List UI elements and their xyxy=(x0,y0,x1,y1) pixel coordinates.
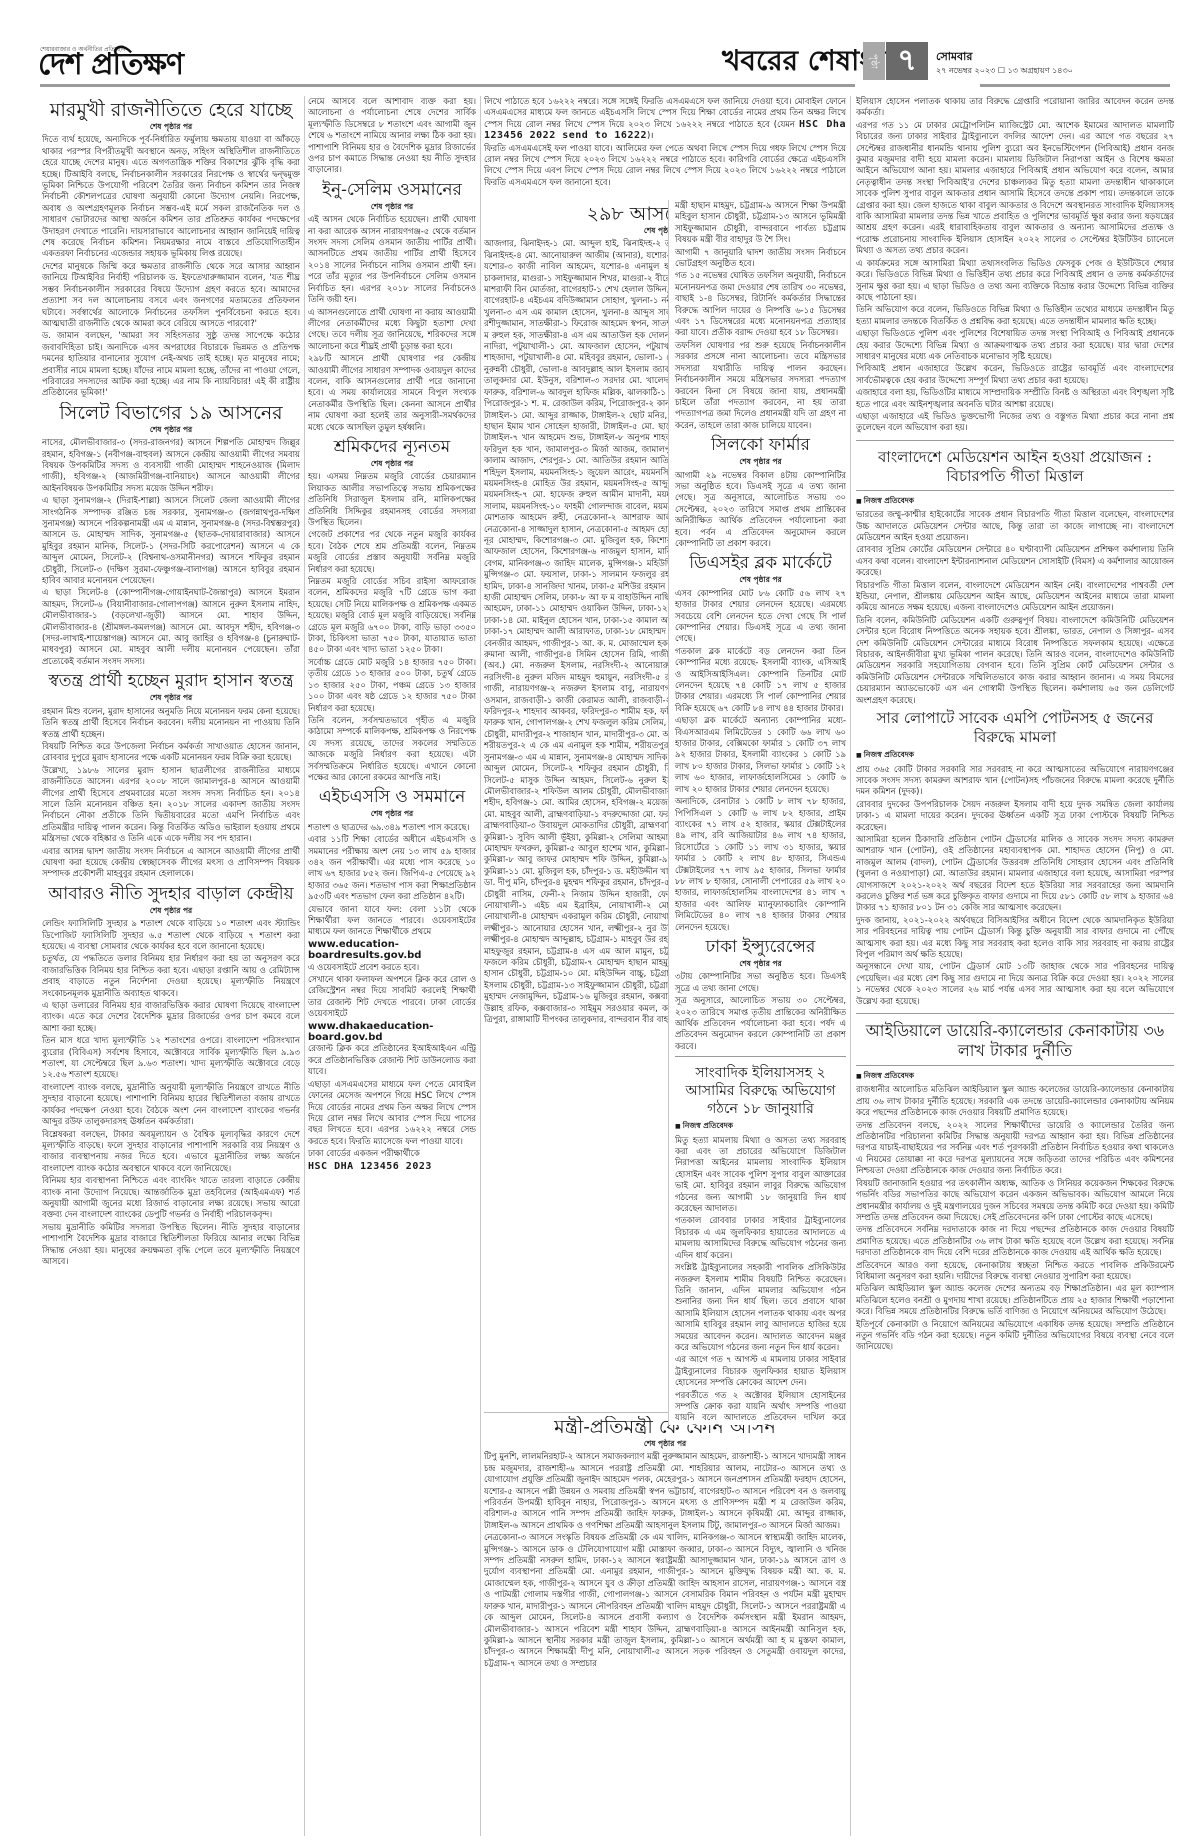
page-label: পৃষ্ঠা xyxy=(863,42,885,80)
paragraph: বিষয়টি নিশ্চিত করে উপজেলা নির্বাচন কর্ম… xyxy=(42,741,300,764)
paragraph: বিশ্লেষকরা বলছেন, টাকার অবমূল্যায়ন ও বৈ… xyxy=(42,1129,300,1175)
dhaka-education-board-link[interactable]: www.dhakaeducation-board.gov.bd xyxy=(308,1021,476,1044)
paragraph: পরবর্তীতে গত ২ অক্টোবর ইলিয়াস হোসাইনের … xyxy=(675,1390,846,1425)
paragraph: দিতে ব্যর্থ হয়েছে, অন্যদিকে পূর্ব-নির্ধ… xyxy=(42,134,300,259)
continued-label: শেষ পৃষ্ঠার পর xyxy=(42,424,300,435)
column-1: মারমুখী রাজনীতিতে হেরে যাচ্ছে শেষ পৃষ্ঠা… xyxy=(42,96,300,1836)
column-4: মন্ত্রী হাছান মাহমুদ, চট্টগ্রাম-৯ আসনে শ… xyxy=(668,200,846,1425)
continued-label: শেষ পৃষ্ঠার পর xyxy=(42,905,300,916)
continued-label: শেষ পৃষ্ঠার পর xyxy=(675,574,846,585)
continued-label: শেষ পৃষ্ঠার পর xyxy=(42,121,300,132)
headline[interactable]: বাংলাদেশে মেডিয়েশন আইন হওয়া প্রয়োজন :… xyxy=(856,448,1174,486)
byline: নিজস্ব প্রতিবেদক xyxy=(856,749,1174,761)
headline[interactable]: সাংবাদিক ইলিয়াসসহ ২ আসামির বিরুদ্ধে অভি… xyxy=(675,1064,846,1118)
paragraph: নাসের, মৌলভীবাজার-৩ (সদর-রাজনগর) আসনে শি… xyxy=(42,437,300,494)
article-fertilizer-case: সার লোপাটে সাবেক এমপি পোটনসহ ৫ জনের বিরু… xyxy=(856,709,1174,1007)
paragraph: দেশের মানুষকে জিম্মি করে ক্ষমতার রাজনীতি… xyxy=(42,261,300,329)
sms-example-code: HSC DHA 123456 2023 xyxy=(308,1161,476,1172)
byline: নিজস্ব প্রতিবেদক xyxy=(856,495,1174,507)
paragraph: রহমান মিশু বলেন, মুরাদ হাসানের অনুমতি নি… xyxy=(42,706,300,740)
article-pbi-case: ইলিয়াস হোসেন পলাতক থাকায় তার বিরুদ্ধে … xyxy=(856,96,1174,434)
headline[interactable]: সিলকো ফার্মার xyxy=(675,434,846,456)
paragraph: আগামী ৭ জানুয়ারি দ্বাদশ জাতীয় সংসদ নির… xyxy=(675,247,846,270)
paragraph: তদন্ত প্রতিবেদনে সর্বনিম্ন দরদাতাকে কাজ … xyxy=(856,1224,1174,1258)
paragraph: তিন মাস ধরে খাদ্য মূল্যস্ফীতি ১২ শতাংশের… xyxy=(42,1035,300,1081)
hsc-sms-block: লিখে পাঠাতে হবে ১৬২২২ নম্বরে। সঙ্গে সঙ্গ… xyxy=(484,96,846,196)
paragraph: সেখানে থাকা ফলাফল অপশনে ক্লিক করে রোল ও … xyxy=(308,974,476,1020)
paragraph: এর আগে গত ৭ আগস্ট এ মামলায় ঢাকার সাইবার… xyxy=(675,1354,846,1388)
paragraph: এবার আসন্ন দ্বাদশ জাতীয় সংসদ নির্বাচনে … xyxy=(42,846,300,880)
article-dhaka-insurance: ঢাকা ইন্স্যুরেন্সের শেষ পৃষ্ঠার পর ৩টায়… xyxy=(675,936,846,1052)
paragraph: যেভাবে জানা যাবে ফল: বেলা ১১টা থেকে শিক্… xyxy=(308,904,476,938)
headline[interactable]: আবারও নীতি সুদহার বাড়াল কেন্দ্রীয় xyxy=(42,883,300,905)
paragraph: টিপু মুনশি, লালমনিরহাট-২ আসনে সমাজকল্যাণ… xyxy=(484,1451,846,1531)
paragraph: এছাড়া ভিডিওতে পুলিশ এবং পুলিশের বিশেষায… xyxy=(856,328,1174,362)
paragraph: এ ছাড়া সুনামগঞ্জ-২ (দিরাই-শাল্লা) আসনে … xyxy=(42,495,300,586)
paragraph: এজাহারে বলা হয়, ভিডিওটির মাধ্যমে সাম্প্… xyxy=(856,387,1174,410)
paragraph: এছাড়া ব্লক মার্কেটে অন্যান্য কোম্পানির … xyxy=(675,715,846,795)
paragraph: ফিরতি এসএমএসেই ফল পাওয়া যাবে। আলিমের ফল… xyxy=(484,143,846,189)
paragraph: এ কার্যক্রমের সঙ্গে আসামিরা মিথ্যা তথ্যস… xyxy=(856,258,1174,304)
paragraph: ঢাকা বোর্ডের একজন পরীক্ষার্থীকে xyxy=(308,1148,476,1159)
article-ideal-school: আইডিয়ালে ডায়েরি-ক্যালেন্ডার কেনাকাটায়… xyxy=(856,1013,1174,1066)
article-journalist-ilias: সাংবাদিক ইলিয়াসসহ ২ আসামির বিরুদ্ধে অভি… xyxy=(675,1056,846,1425)
headline[interactable]: ডিএসইর ব্লক মার্কেটে xyxy=(675,552,846,574)
paragraph: অন্যদিকে, রেনাটার ১ কোটি ৮ লাখ ৭৮ হাজার,… xyxy=(675,796,846,933)
paragraph: এবার ১১টি শিক্ষা বোর্ডের অধীনে এইচএসসি ও… xyxy=(308,834,476,902)
paragraph: পিবিআই প্রধান এজাহারে উল্লেখ করেন, ভিডিও… xyxy=(856,363,1174,386)
column-2: নেমে আসবে বলে আশাবাদ ব্যক্ত করা হয়। আলো… xyxy=(308,96,476,1836)
article-dse-block-market: ডিএসইর ব্লক মার্কেটে শেষ পৃষ্ঠার পর এসব … xyxy=(675,552,846,933)
paragraph: লিখে পাঠাতে হবে ১৬২২২ নম্বরে। সঙ্গে সঙ্গ… xyxy=(484,96,846,142)
top-rule-left xyxy=(40,84,855,87)
paragraph: রাজধানীর আলোচিত মতিঝিল আইডিয়াল স্কুল অ্… xyxy=(856,1084,1174,1118)
paragraph: প্রতিবেদনে আরও বলা হয়েছে, কেনাকাটায় স্… xyxy=(856,1260,1174,1283)
byline: নিজস্ব প্রতিবেদক xyxy=(675,1120,846,1132)
paragraph: তফসিল ঘোষণার পর শুরু হয়েছে নির্বাচনকালী… xyxy=(675,340,846,431)
paragraph: এই আসন থেকে নির্বাচিত হয়েছেন। প্রার্থী … xyxy=(308,214,476,305)
continued-label: শেষ পৃষ্ঠার পর xyxy=(484,1438,846,1449)
headline[interactable]: সিলেট বিভাগের ১৯ আসনের xyxy=(42,402,300,424)
paragraph: ৩টায় কোম্পানিটির সভা অনুষ্ঠিত হবে। ডিএস… xyxy=(675,971,846,994)
paragraph: এ আসনগুলোতে প্রার্থী ঘোষণা না করায় আওয়… xyxy=(308,307,476,353)
paragraph: নিম্নতম মজুরি বোর্ডের সচিব রাইসা আফরোজ ব… xyxy=(308,576,476,656)
paragraph: চতুর্থত, যে পদ্ধতিতে ডলার বিনিময় হার নি… xyxy=(42,953,300,999)
headline[interactable]: শ্রমিকদের ন্যূনতম xyxy=(308,436,476,458)
paragraph: সভায় মুদ্রানীতি কমিটির সদস্যরা উপস্থিত … xyxy=(42,1222,300,1268)
paragraph: রেজাল্ট ক্লিক করে প্রতিষ্ঠানের ইআইআইএন এ… xyxy=(308,1043,476,1077)
headline[interactable]: সার লোপাটে সাবেক এমপি পোটনসহ ৫ জনের বিরু… xyxy=(856,709,1174,747)
article-silco-pharma: সিলকো ফার্মার শেষ পৃষ্ঠার পর আগামী ২৯ নভ… xyxy=(675,434,846,549)
article-rajneeti: মারমুখী রাজনীতিতে হেরে যাচ্ছে শেষ পৃষ্ঠা… xyxy=(42,99,300,399)
paragraph: ভারতের জম্মু-কাশ্মীর হাইকোর্টের সাবেক প্… xyxy=(856,509,1174,543)
paragraph: লেন্ডিং ফ্যাসিলিটি সুদহার ৯ শতাংশ থেকে ব… xyxy=(42,918,300,952)
paragraph: বিনিময় হার ব্যবস্থাপনা নিশ্চিতে এবং ব্য… xyxy=(42,1175,300,1221)
byline: নিজস্ব প্রতিবেদক xyxy=(856,1070,1174,1082)
paragraph: রোববার সুপ্রিম কোর্টের মেডিয়েশন সেন্টার… xyxy=(856,544,1174,578)
continued-label: শেষ পৃষ্ঠার পর xyxy=(675,958,846,969)
column-divider xyxy=(480,96,481,1836)
column-5: ইলিয়াস হোসেন পলাতক থাকায় তার বিরুদ্ধে … xyxy=(856,96,1174,1836)
paragraph: গতকাল রোববার ঢাকার সাইবার ট্রাইব্যুনালের… xyxy=(675,1215,846,1261)
paragraph: বিচারপতি গীতা মিত্তাল বলেন, বাংলাদেশে মে… xyxy=(856,580,1174,614)
article-inu-selim: ইনু-সেলিম ওসমানের শেষ পৃষ্ঠার পর এই আসন … xyxy=(308,179,476,433)
paragraph: আসামিরা হলেন ঠিকাদারি প্রতিষ্ঠান পোটন ট্… xyxy=(856,834,1174,914)
paragraph: সূত্র অনুসারে, আলোচিত সভায় ৩০ সেপ্টেম্ব… xyxy=(675,995,846,1052)
paragraph: তদন্ত প্রতিবেদন বলছে, ২০২২ সালের শিক্ষার… xyxy=(856,1120,1174,1177)
paragraph: সংশ্লিষ্ট ট্রাইব্যুনালের সহকারী পাবলিক প… xyxy=(675,1262,846,1353)
paragraph: দুদক জানায়, ২০২১-২০২২ অর্থবছরে বিসিআইসি… xyxy=(856,915,1174,961)
continued-label: শেষ পৃষ্ঠার পর xyxy=(308,458,476,469)
column-divider xyxy=(850,96,851,1836)
top-rule-right xyxy=(980,84,1170,87)
headline[interactable]: মারমুখী রাজনীতিতে হেরে যাচ্ছে xyxy=(42,99,300,121)
continued-label: শেষ পৃষ্ঠার পর xyxy=(308,808,476,819)
masthead: শেয়ারবাজার ও অর্থনীতির প্রতিচ্ছবি দেশ প… xyxy=(0,0,1200,80)
paragraph: শতাংশ ও ছাত্রদের ৬৯.৩৪৯ শতাংশ পাস করেছে। xyxy=(308,822,476,833)
article-minimum-wage: শ্রমিকদের ন্যূনতম শেষ পৃষ্ঠার পর হয়। এস… xyxy=(308,436,476,783)
paragraph: তিনি বলেন, সর্বসম্মতভাবে গৃহীত এ মজুরি ক… xyxy=(308,715,476,783)
paragraph: গেজেট প্রকাশের পর থেকে নতুন মজুরি কার্যক… xyxy=(308,529,476,575)
paragraph: অনুসন্ধানে দেখা যায়, পোটন ট্রেডার্স মোট… xyxy=(856,961,1174,1007)
paragraph: সর্বোচ্চ গ্রেডে মোট মজুরি ১৪ হাজার ৭৫০ ট… xyxy=(308,657,476,714)
paragraph: এ ছাড়া সিলেট-৪ (কোম্পানীগঞ্জ-গোয়াইনঘাট… xyxy=(42,587,300,667)
headline[interactable]: ইনু-সেলিম ওসমানের xyxy=(308,179,476,201)
article-sylhet: সিলেট বিভাগের ১৯ আসনের শেষ পৃষ্ঠার পর না… xyxy=(42,402,300,668)
paragraph: আগামী ২৯ নভেম্বর বিকাল ৪টায় কোম্পানিটির… xyxy=(675,470,846,550)
paragraph: ড. জামান বলছেন, 'আমরা সব সহিংসতার সুষ্ঠু… xyxy=(42,330,300,398)
article-hsc-results: এইচএসসি ও সমমানে শেষ পৃষ্ঠার পর শতাংশ ও … xyxy=(308,786,476,1172)
continued-label: শেষ পৃষ্ঠার পর xyxy=(675,456,846,467)
paragraph: গতকাল ব্লক মার্কেটে বড় লেনদেন করা তিন ক… xyxy=(675,646,846,714)
paragraph: হয়। এসময় নিম্নতম মজুরি বোর্ডের চেয়ারম… xyxy=(308,471,476,528)
article-policy-rate: আবারও নীতি সুদহার বাড়াল কেন্দ্রীয় শেষ … xyxy=(42,883,300,1268)
paragraph: তিনি অভিযোগ করে বলেন, ভিডিওতে বিভিন্ন মি… xyxy=(856,304,1174,327)
paragraph: গত ১৫ নভেম্বর ঘোষিত তফসিল অনুযায়ী, নির্… xyxy=(675,270,846,338)
headline[interactable]: এইচএসসি ও সমমানে xyxy=(308,786,476,808)
headline[interactable]: ঢাকা ইন্স্যুরেন্সের xyxy=(675,936,846,958)
newspaper-logo[interactable]: দেশ প্রতিক্ষণ xyxy=(38,52,183,78)
paragraph: মতিঝিল আইডিয়াল স্কুল অ্যান্ড কলেজ দেশের… xyxy=(856,1283,1174,1317)
paragraph: নেত্রকোনা-৩ আসনে সংস্কৃতি বিষয়ক প্রতিমন… xyxy=(484,1532,846,1669)
issue-date: ২৭ নভেম্বর ২০২৩ ☐ ১৩ অগ্রহায়ণ ১৪৩০ xyxy=(936,65,1073,78)
paragraph: রোববার দুদকের উপপরিচালক সৈয়দ নজরুল ইসলা… xyxy=(856,799,1174,833)
paragraph: উল্লেখ্য, ১৯৮৬ সালের মুরাদ হাসান ছাত্রলী… xyxy=(42,765,300,845)
paragraph: এ ওয়েবসাইটে প্রবেশ করতে হবে। xyxy=(308,962,476,973)
paragraph: ইতিপূর্বে কেনাকাটা ও নিয়োগে অনিয়মের অভ… xyxy=(856,1319,1174,1353)
paragraph: এসব কোম্পানির মোট ৮৬ কোটি ৫৬ লাখ ২৭ হাজা… xyxy=(675,588,846,645)
paragraph: ২৯৮টি আসনে প্রার্থী ঘোষণার পর কেন্দ্রীয়… xyxy=(308,353,476,433)
article-mediation-law: বাংলাদেশে মেডিয়েশন আইন হওয়া প্রয়োজন :… xyxy=(856,440,1174,491)
paragraph: তিনি বলেন, কমিউনিটি মেডিয়েশন একটি গুরুত… xyxy=(856,615,1174,706)
education-board-results-link[interactable]: www.education-boardresults.gov.bd xyxy=(308,939,476,962)
headline[interactable]: স্বতন্ত্র প্রার্থী হচ্ছেন মুরাদ হাসান স্… xyxy=(42,670,300,692)
paragraph: প্রায় ৩৬৫ কোটি টাকার সরকারি সার সরবরাহ … xyxy=(856,764,1174,798)
paragraph: মন্ত্রী হাছান মাহমুদ, চট্টগ্রাম-৯ আসনে শ… xyxy=(675,200,846,246)
headline[interactable]: আইডিয়ালে ডায়েরি-ক্যালেন্ডার কেনাকাটায়… xyxy=(856,1021,1174,1061)
paragraph: ইলিয়াস হোসেন পলাতক থাকায় তার বিরুদ্ধে … xyxy=(856,96,1174,119)
paragraph: এ ছাড়া ডলারের বিনিময় হার বাজারভিত্তিক … xyxy=(42,1000,300,1034)
continued-label: শেষ পৃষ্ঠার পর xyxy=(42,692,300,703)
column-divider xyxy=(304,96,305,1836)
paragraph: মিতু হত্যা মামলায় মিথ্যা ও অসত্য তথ্য স… xyxy=(675,1135,846,1215)
continued-label: শেষ পৃষ্ঠার পর xyxy=(308,201,476,212)
article-murad-hasan: স্বতন্ত্র প্রার্থী হচ্ছেন মুরাদ হাসান স্… xyxy=(42,670,300,880)
page-number: ৭ xyxy=(886,42,928,80)
paragraph: এছাড়া এজাহারে এই ভিডিও ভুক্তভোগী নিজের … xyxy=(856,411,1174,434)
article-ministers: মন্ত্রী-প্রতিমন্ত্রী কে কোন আসন শেষ পৃষ্… xyxy=(484,1412,846,1836)
paragraph: বিষয়টি জানাজানি হওয়ার পর তৎকালীন অধ্যক… xyxy=(856,1178,1174,1224)
paragraph: নেমে আসবে বলে আশাবাদ ব্যক্ত করা হয়। আলো… xyxy=(308,96,476,176)
paragraph: এছাড়া এসএমএসের মাধ্যমে ফল পেতে মোবাইল ফ… xyxy=(308,1079,476,1147)
paragraph: বাংলাদেশ ব্যাংক বলছে, মুদ্রানীতি অনুযায়… xyxy=(42,1082,300,1128)
paragraph: এরপর গত ১১ মে ঢাকার মেট্রোপলিটন ম্যাজিস্… xyxy=(856,120,1174,257)
